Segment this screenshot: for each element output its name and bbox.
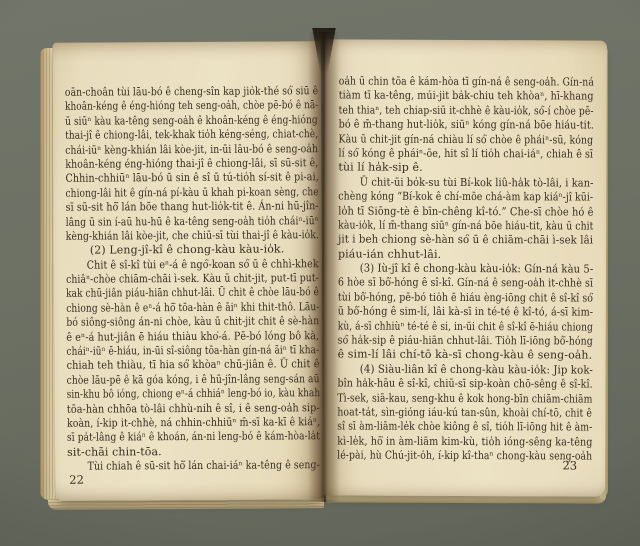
text-line: tiàm tī ka-têng, múi-jit ba̍k-chiu teh k…: [339, 89, 560, 104]
text-line: kù, á-sī chhiùⁿ té-té ê si, in-ūi chit ê…: [338, 319, 548, 334]
text-line: ê sim-lí lâi chí-tō kà-sī chong-kàu ê se…: [338, 348, 592, 363]
text-line: Chhin-chhiūⁿ lāu-bó ū sin ê sî ū tú-tio̍…: [65, 171, 285, 187]
text-line: sī pa̍t-lâng ê kiáⁿ ê khoán, án-ni leng-…: [67, 430, 276, 446]
text-line: hoat-ta̍t, sìn-gióng iáu-kú tan-sûn, kho…: [337, 405, 552, 420]
text-line: kèng-khián lâi kòe-jit, che chiū-sī tùi …: [66, 228, 278, 244]
text-line: 6 hòe sī bô͘-hóng ê sî-kî. Gín-ná ê seng…: [338, 276, 558, 291]
text-line: tōa-hàn chhōa tò-lâi chhù-nih ê sî, i ê …: [67, 401, 289, 417]
text-line: chiâⁿ-chòe chiām-chāi ì-sek. Kàu ū chit-…: [66, 272, 279, 288]
text-line: thai-jî ê chiong-lâi, tek-khak tio̍h kén…: [65, 128, 272, 144]
text-line: tùi lí ha̍k-sip ê.: [338, 161, 593, 177]
text-line: chòe lāu-pē ê kā góa kóng, i ê hū-jîn-lâ…: [67, 372, 277, 388]
text-line: chiah teh thiàu, tī hia só͘ khòaⁿ chū-ji…: [67, 358, 292, 374]
text-line: ū bô͘-hóng ê sim-lí, lâi kà-sī in té-té …: [338, 305, 562, 320]
text-line: bîn ha̍k-hāu ê sî-kî, chiū-sī sip-koàn c…: [337, 377, 557, 392]
text-line: sin-khu bô ióng, chiong eⁿ-á chhiáⁿ leng…: [67, 387, 270, 403]
book-page-right: oa̍h ū chin tōa ê kám-hòa tī gín-ná ê se…: [323, 39, 607, 496]
text-line: sī sū-sit hō͘ lán bōe thang hut-lio̍k-ti…: [66, 200, 285, 216]
text-line: bó siông-siông án-ni chòe, kàu ū chit-ji…: [66, 315, 279, 331]
text-line: teh thiaⁿ, teh chiap-siū it-chhè ê kàu-i…: [339, 103, 552, 118]
text-line: cháiⁿ-iūⁿ ē-hiáu, in-ūi sî-siông tōa-hàn…: [66, 344, 272, 360]
text-line: kàu-io̍k, lí m̄-thang siūⁿ gín-ná bōe hi…: [338, 218, 553, 233]
text-line: oān-choân tùi lāu-bó ê cheng-sîn kap jio…: [65, 84, 278, 100]
text-line: khoân-kéng ê éng-hióng teh seng-oa̍h, ch…: [65, 99, 270, 115]
text-line: chái-iūⁿ kèng-khián lâi kòe-jit, in-ūi l…: [65, 142, 276, 158]
page-number-right: 23: [337, 457, 577, 472]
text-line: jit i beh chiong sè-hàn só͘ ū ê chiām-ch…: [338, 233, 574, 248]
text-line: Kàu ū chit-jit gín-ná chiàu lí só͘ chòe …: [339, 132, 556, 147]
text-line: lí só͘ kóng ê pháiⁿ-ōe, hit sî lí tio̍h …: [338, 146, 558, 161]
text-line: chiong-lâi hit ê gín-ná pí-kàu ū khah pi…: [65, 185, 273, 201]
text-line: ê eⁿ-á hut-jiân ē hiáu thiàu kho͘-á. Pē-…: [66, 329, 286, 345]
book-photo-background: oān-choân tùi lāu-bó ê cheng-sîn kap jio…: [0, 0, 640, 546]
text-line: khoân-kéng éng-hióng thai-jî ê chiong-lâ…: [65, 156, 281, 172]
open-book: oān-choân tùi lāu-bó ê cheng-sîn kap jio…: [40, 28, 606, 508]
text-line: kì-le̍k, hō͘ in àm-liām kim-kù, tio̍h ió…: [337, 434, 560, 449]
text-line: ū siūⁿ kàu ka-têng seng-oa̍h ê khoân-kén…: [65, 113, 273, 129]
text-line: koàn, í-kip it-chhè, ná chhin-chhiūⁿ m̄-…: [67, 415, 283, 431]
text-line: lo̍h tī Siōng-tè ê bīn-chêng kî-tó.” Che…: [338, 204, 566, 219]
text-line: piáu-ián chhut-lâi.: [338, 247, 593, 263]
text-line: chiong sè-hàn ê eⁿ-á hō͘ tōa-hàn ê āiⁿ k…: [66, 300, 275, 316]
text-line: (2) Leng-jî-kî ê chong-kàu kàu-io̍k.: [66, 242, 319, 258]
text-line: kak chū-jiân piáu-hiān chhut-lâi. Ū chit…: [66, 286, 272, 302]
text-line: Tì-sek, siā-kau, seng-khu ê kok hong-bīn…: [337, 391, 551, 406]
text-line: (3) Iù-jî kî ê chong-kàu kàu-io̍k: Gín-n…: [338, 262, 569, 277]
text-line: tùi bô͘-hóng, pē-bó tio̍h ē hiáu èng-iōn…: [338, 290, 556, 305]
text-line: só͘ ha̍k-sip ê piáu-hiān chhut-lâi. Tio̍…: [338, 333, 556, 348]
text-line: sî sī àm-liām-le̍k chòe kiông ê sî, tio̍…: [337, 420, 552, 435]
text-line: sit-chāi chin-tōa.: [67, 444, 320, 460]
page-number-left: 22: [69, 473, 84, 487]
text-line: Tùi chiah ê sū-sit hō͘ lán chai-iáⁿ ka-t…: [67, 459, 283, 475]
right-page-text: oa̍h ū chin tōa ê kám-hòa tī gín-ná ê se…: [337, 74, 594, 464]
text-line: lâng ū sin í-aū hu-hū ê ka-têng seng-oa̍…: [66, 214, 276, 230]
text-line: Ū chit-ūi bo̍k-su tùi Bí-kok liû-ha̍k tò…: [338, 175, 565, 190]
text-line: oa̍h ū chin tōa ê kám-hòa tī gín-ná ê se…: [339, 74, 554, 89]
text-line: Chit ê sî-kî tùi eⁿ-á ê ngó͘-koan só͘ ū …: [66, 257, 285, 273]
text-line: bó ê m̄-thang hut-lio̍k, siūⁿ kóng gín-n…: [339, 118, 561, 133]
left-page-text: oān-choân tùi lāu-bó ê cheng-sîn kap jio…: [65, 84, 320, 474]
text-line: (4) Siàu-liân kî ê chong-kàu kàu-io̍k: J…: [338, 362, 575, 377]
book-page-left: oān-choân tùi lāu-bó ê cheng-sîn kap jio…: [53, 41, 324, 501]
text-line: chèng kóng “Bí-kok ê chí-mōe chá-àm kap …: [338, 190, 555, 205]
